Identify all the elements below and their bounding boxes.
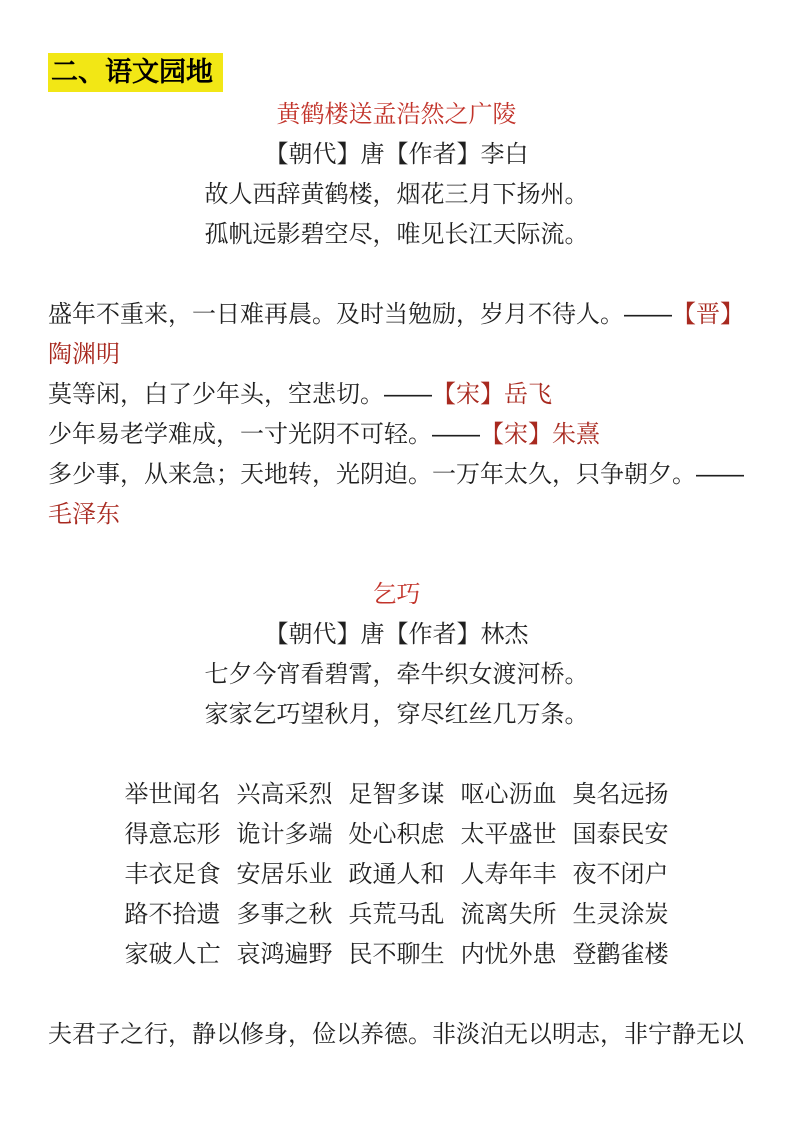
poem1-line-1: 故人西辞黄鹤楼，烟花三月下扬州。 bbox=[48, 175, 745, 215]
idiom-item: 诡计多端 bbox=[237, 815, 333, 855]
spacer bbox=[48, 535, 745, 575]
idiom-item: 处心积虑 bbox=[349, 815, 445, 855]
poem2-line-2: 家家乞巧望秋月，穿尽红丝几万条。 bbox=[48, 695, 745, 735]
quote-attribution: 【晋】 bbox=[672, 301, 744, 328]
quote-text: 盛年不重来，一日难再晨。及时当勉励，岁月不待人。—— bbox=[48, 301, 672, 328]
idiom-item: 路不拾遗 bbox=[125, 895, 221, 935]
idiom-item: 民不聊生 bbox=[349, 935, 445, 975]
idiom-item: 家破人亡 bbox=[125, 935, 221, 975]
poem2-title: 乞巧 bbox=[48, 575, 745, 615]
quotes-block: 盛年不重来，一日难再晨。及时当勉励，岁月不待人。——【晋】陶渊明莫等闲，白了少年… bbox=[48, 295, 745, 535]
quote-line: 毛泽东 bbox=[48, 495, 745, 535]
idiom-row: 丰衣足食安居乐业政通人和人寿年丰夜不闭户 bbox=[48, 855, 745, 895]
quote-line: 盛年不重来，一日难再晨。及时当勉励，岁月不待人。——【晋】 bbox=[48, 295, 745, 335]
page: 二、语文园地 黄鹤楼送孟浩然之广陵 【朝代】唐【作者】李白 故人西辞黄鹤楼，烟花… bbox=[0, 0, 793, 1122]
idiom-item: 哀鸿遍野 bbox=[237, 935, 333, 975]
idiom-item: 夜不闭户 bbox=[573, 855, 669, 895]
quote-text: 多少事，从来急；天地转，光阴迫。一万年太久，只争朝夕。—— bbox=[48, 461, 744, 488]
quote-line: 莫等闲，白了少年头，空悲切。——【宋】岳飞 bbox=[48, 375, 745, 415]
idiom-row: 家破人亡哀鸿遍野民不聊生内忧外患登鹳雀楼 bbox=[48, 935, 745, 975]
spacer bbox=[48, 255, 745, 295]
idiom-row: 举世闻名兴高采烈足智多谋呕心沥血臭名远扬 bbox=[48, 775, 745, 815]
quote-attribution: 毛泽东 bbox=[48, 501, 120, 528]
spacer bbox=[48, 735, 745, 775]
quote-line: 多少事，从来急；天地转，光阴迫。一万年太久，只争朝夕。—— bbox=[48, 455, 745, 495]
quote-attribution: 【宋】岳飞 bbox=[432, 381, 552, 408]
quote-line: 少年易老学难成，一寸光阴不可轻。——【宋】朱熹 bbox=[48, 415, 745, 455]
poem2-byline: 【朝代】唐【作者】林杰 bbox=[48, 615, 745, 655]
quote-text: 少年易老学难成，一寸光阴不可轻。—— bbox=[48, 421, 480, 448]
idiom-item: 多事之秋 bbox=[237, 895, 333, 935]
closing-paragraph: 夫君子之行，静以修身，俭以养德。非淡泊无以明志，非宁静无以 bbox=[48, 1015, 745, 1055]
section-heading-highlight: 二、语文园地 bbox=[48, 53, 223, 92]
idiom-item: 足智多谋 bbox=[349, 775, 445, 815]
idiom-item: 安居乐业 bbox=[237, 855, 333, 895]
idiom-item: 丰衣足食 bbox=[125, 855, 221, 895]
idiom-item: 兴高采烈 bbox=[237, 775, 333, 815]
idiom-item: 人寿年丰 bbox=[461, 855, 557, 895]
quote-text: 莫等闲，白了少年头，空悲切。—— bbox=[48, 381, 432, 408]
poem2-line-1: 七夕今宵看碧霄，牵牛织女渡河桥。 bbox=[48, 655, 745, 695]
idiom-item: 臭名远扬 bbox=[573, 775, 669, 815]
quote-attribution: 陶渊明 bbox=[48, 341, 120, 368]
idiom-item: 流离失所 bbox=[461, 895, 557, 935]
poem1-line-2: 孤帆远影碧空尽，唯见长江天际流。 bbox=[48, 215, 745, 255]
poem1-byline: 【朝代】唐【作者】李白 bbox=[48, 135, 745, 175]
idiom-item: 生灵涂炭 bbox=[573, 895, 669, 935]
idiom-item: 政通人和 bbox=[349, 855, 445, 895]
idiom-item: 举世闻名 bbox=[125, 775, 221, 815]
idiom-item: 国泰民安 bbox=[573, 815, 669, 855]
section-heading: 二、语文园地 bbox=[48, 51, 745, 95]
quote-line: 陶渊明 bbox=[48, 335, 745, 375]
idiom-item: 登鹳雀楼 bbox=[573, 935, 669, 975]
idiom-item: 内忧外患 bbox=[461, 935, 557, 975]
idiom-item: 兵荒马乱 bbox=[349, 895, 445, 935]
poem1-title: 黄鹤楼送孟浩然之广陵 bbox=[48, 95, 745, 135]
idiom-item: 得意忘形 bbox=[125, 815, 221, 855]
idiom-row: 得意忘形诡计多端处心积虑太平盛世国泰民安 bbox=[48, 815, 745, 855]
idiom-item: 太平盛世 bbox=[461, 815, 557, 855]
idiom-item: 呕心沥血 bbox=[461, 775, 557, 815]
idiom-row: 路不拾遗多事之秋兵荒马乱流离失所生灵涂炭 bbox=[48, 895, 745, 935]
spacer bbox=[48, 975, 745, 1015]
quote-attribution: 【宋】朱熹 bbox=[480, 421, 600, 448]
idioms-grid: 举世闻名兴高采烈足智多谋呕心沥血臭名远扬得意忘形诡计多端处心积虑太平盛世国泰民安… bbox=[48, 775, 745, 975]
